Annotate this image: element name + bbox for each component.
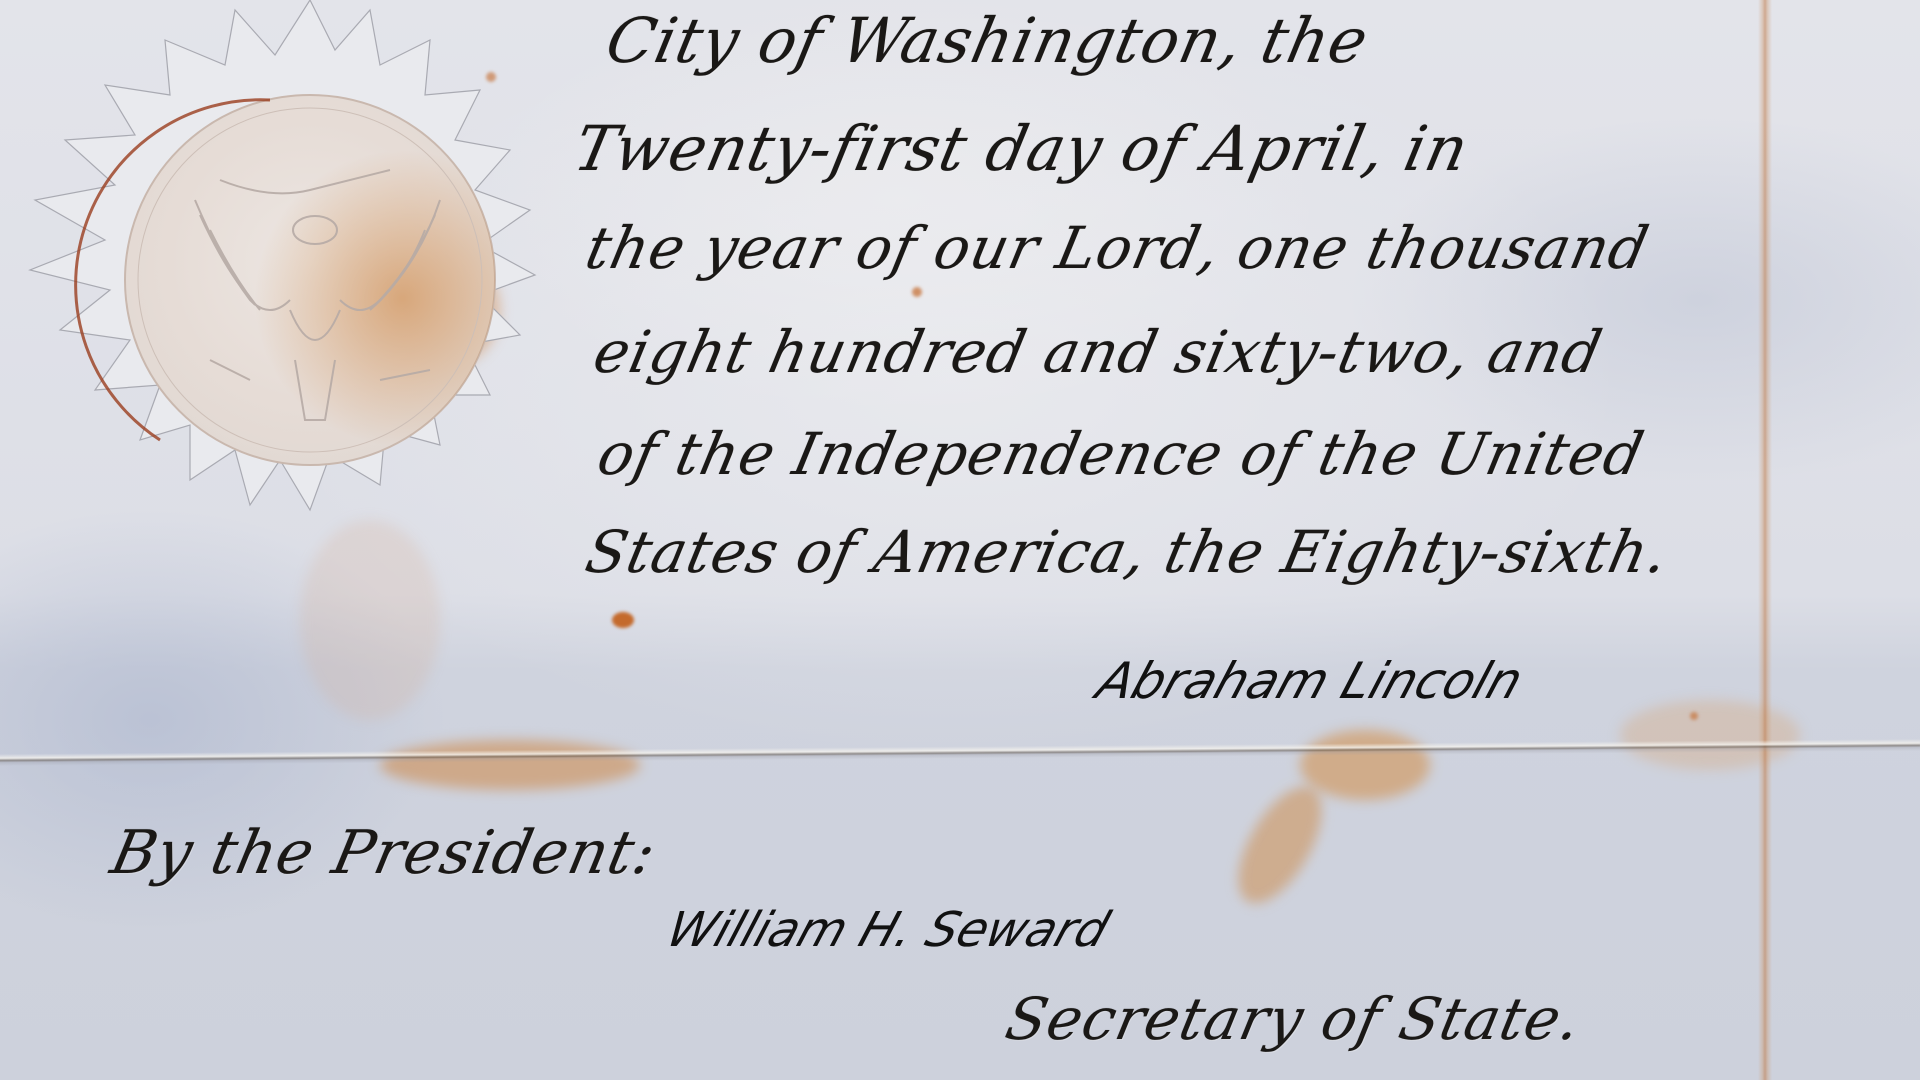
rust-spot — [1690, 712, 1698, 720]
body-line-1: City of Washington, the — [600, 4, 1375, 77]
body-line-3: the year of our Lord, one thousand — [580, 214, 1655, 282]
secretary-title: Secretary of State. — [1000, 985, 1587, 1053]
rust-spot — [612, 612, 634, 628]
rust-stain — [1300, 730, 1430, 800]
body-line-6: States of America, the Eighty-sixth. — [580, 518, 1675, 586]
attestation-label: By the President: — [105, 818, 663, 888]
rust-spot — [912, 287, 922, 297]
body-line-2: Twenty-first day of April, in — [568, 112, 1475, 185]
rust-stain — [1222, 774, 1339, 917]
rust-stain — [380, 740, 640, 790]
rust-stain — [1620, 700, 1800, 770]
document-paper: City of Washington, the Twenty-first day… — [0, 0, 1920, 1080]
vertical-fold-crease — [1758, 0, 1772, 1080]
president-signature: Abraham Lincoln — [1090, 652, 1530, 710]
body-line-5: of the Independence of the United — [592, 420, 1650, 488]
body-line-4: eight hundred and sixty-two, and — [588, 318, 1608, 386]
secretary-signature: William H. Seward — [660, 902, 1116, 958]
eagle-seal-icon — [10, 0, 580, 560]
